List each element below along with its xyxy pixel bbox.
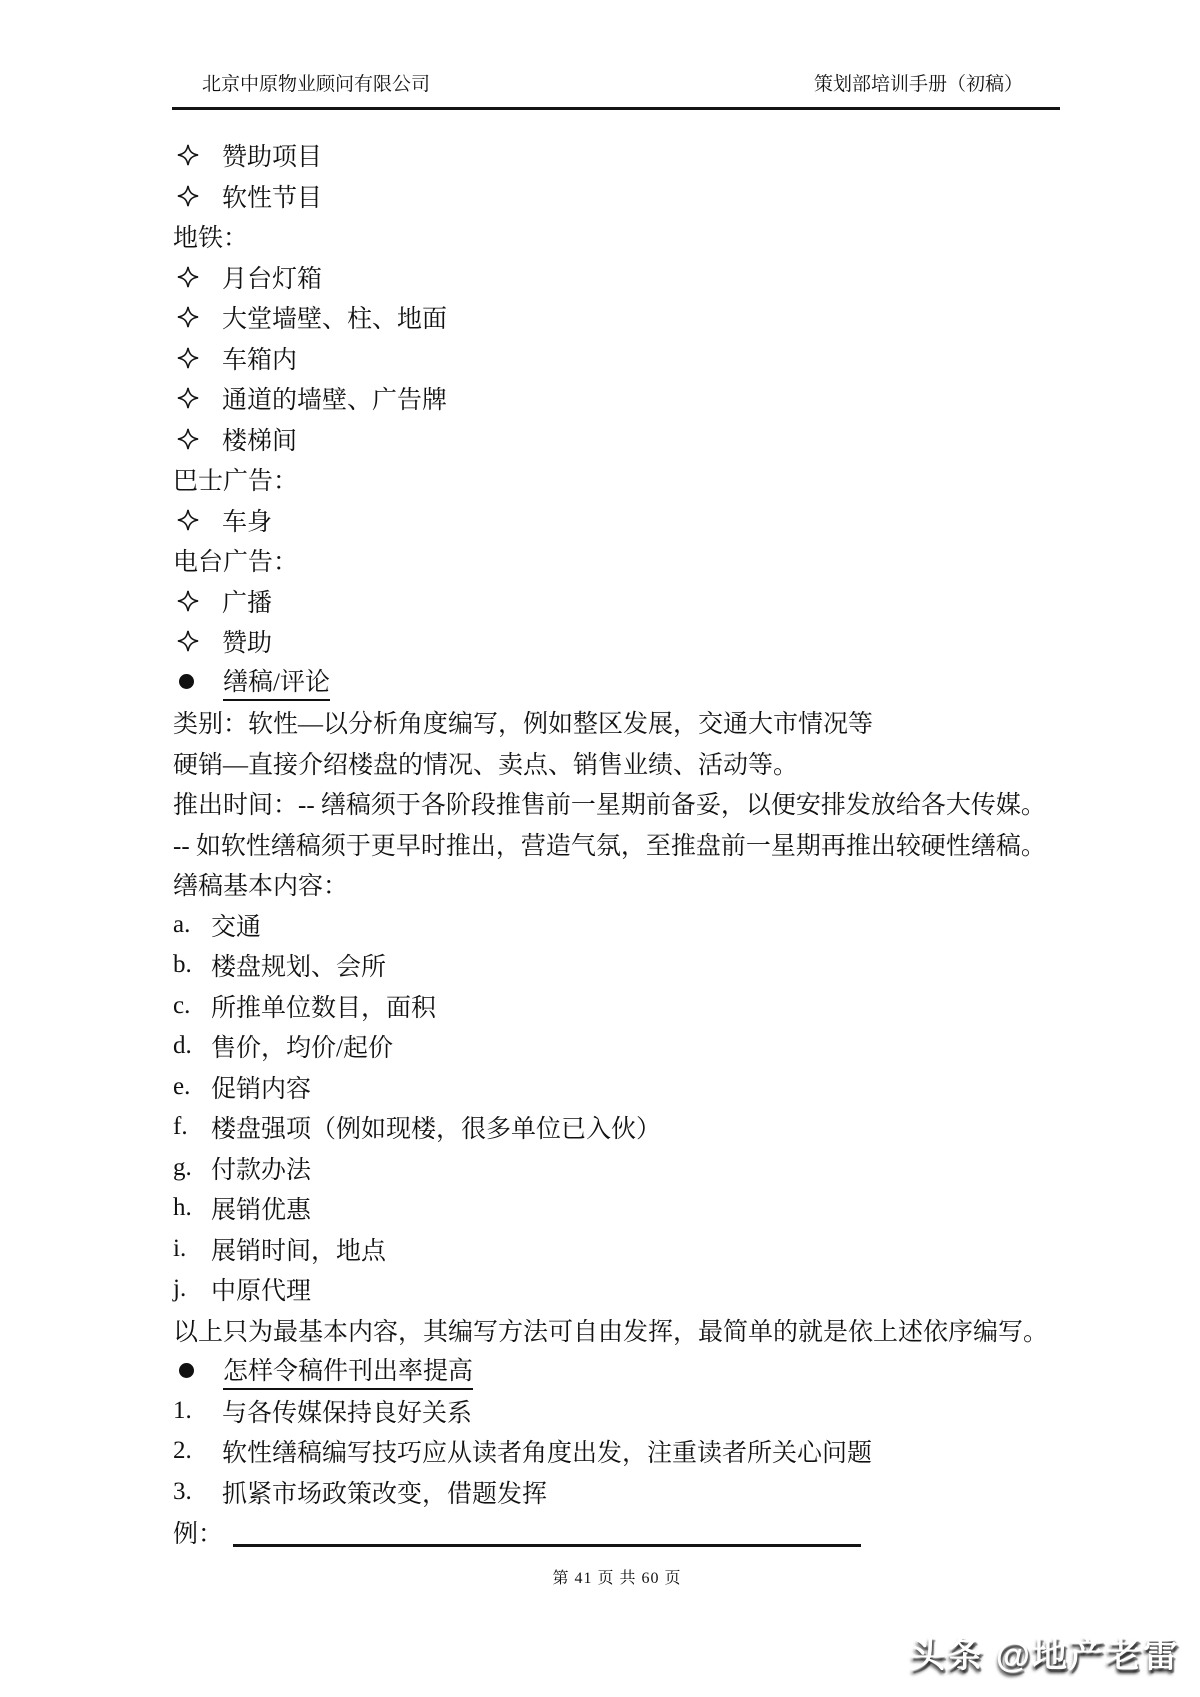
diamond-bullet-icon bbox=[173, 144, 222, 166]
bullet-item: 广播 bbox=[173, 581, 1073, 622]
diamond-bullet-icon bbox=[173, 590, 222, 612]
lettered-item: e. 促销内容 bbox=[173, 1067, 1073, 1108]
section-heading: 缮稿/评论 bbox=[173, 662, 1073, 703]
bullet-item-label: 车身 bbox=[222, 502, 272, 538]
bullet-item-label: 车箱内 bbox=[222, 340, 297, 376]
bullet-item-label: 赞助项目 bbox=[222, 137, 322, 173]
lettered-item-label: 售价，均价/起价 bbox=[211, 1028, 393, 1064]
lettered-item-label: 展销优惠 bbox=[211, 1190, 311, 1226]
lettered-item-label: 促销内容 bbox=[211, 1069, 311, 1105]
numbered-item: 2. 软性缮稿编写技巧应从读者角度出发，注重读者所关心问题 bbox=[173, 1431, 1073, 1472]
item-marker: g. bbox=[173, 1154, 211, 1182]
diamond-bullet-icon bbox=[173, 630, 222, 652]
lettered-item-label: 中原代理 bbox=[211, 1271, 311, 1307]
category-label-text: 电台广告： bbox=[173, 542, 298, 578]
section-heading-text: 缮稿/评论 bbox=[223, 662, 330, 701]
diamond-bullet-icon bbox=[173, 509, 222, 531]
numbered-item-label: 软性缮稿编写技巧应从读者角度出发，注重读者所关心问题 bbox=[222, 1433, 872, 1469]
diamond-bullet-icon bbox=[173, 306, 222, 328]
item-marker: j. bbox=[173, 1275, 211, 1303]
section-heading: 怎样令稿件刊出率提高 bbox=[173, 1350, 1073, 1391]
lettered-item-label: 交通 bbox=[211, 907, 261, 943]
item-marker: 3. bbox=[173, 1478, 222, 1506]
bullet-item-label: 楼梯间 bbox=[222, 421, 297, 457]
lettered-item-label: 展销时间，地点 bbox=[211, 1231, 386, 1267]
diamond-bullet-icon bbox=[173, 428, 222, 450]
item-marker: 1. bbox=[173, 1397, 222, 1425]
paragraph-text: -- 如软性缮稿须于更早时推出，营造气氛，至推盘前一星期再推出较硬性缮稿。 bbox=[173, 826, 1046, 862]
bullet-item: 车箱内 bbox=[173, 338, 1073, 379]
bullet-item: 软性节目 bbox=[173, 176, 1073, 217]
item-marker: f. bbox=[173, 1113, 211, 1141]
diamond-bullet-icon bbox=[173, 347, 222, 369]
numbered-item: 1. 与各传媒保持良好关系 bbox=[173, 1391, 1073, 1432]
category-label: 电台广告： bbox=[173, 540, 1073, 581]
paragraph-text: 推出时间：-- 缮稿须于各阶段推售前一星期前备妥，以便安排发放给各大传媒。 bbox=[173, 785, 1046, 821]
lettered-item-label: 付款办法 bbox=[211, 1150, 311, 1186]
bullet-item-label: 大堂墙壁、柱、地面 bbox=[222, 299, 447, 335]
lettered-item: a. 交通 bbox=[173, 905, 1073, 946]
section-heading-text: 怎样令稿件刊出率提高 bbox=[223, 1351, 473, 1390]
paragraph: -- 如软性缮稿须于更早时推出，营造气氛，至推盘前一星期再推出较硬性缮稿。 bbox=[173, 824, 1073, 865]
bullet-item-label: 软性节目 bbox=[222, 178, 322, 214]
lettered-item-label: 所推单位数目，面积 bbox=[211, 988, 436, 1024]
paragraph-text: 以上只为最基本内容，其编写方法可自由发挥，最简单的就是依上述依序编写。 bbox=[173, 1312, 1048, 1348]
lettered-item: j. 中原代理 bbox=[173, 1269, 1073, 1310]
diamond-bullet-icon bbox=[173, 266, 222, 288]
page-footer: 第 41 页 共 60 页 bbox=[173, 1565, 1061, 1588]
item-marker: h. bbox=[173, 1194, 211, 1222]
lettered-item: c. 所推单位数目，面积 bbox=[173, 986, 1073, 1027]
paragraph-text: 缮稿基本内容： bbox=[173, 866, 348, 902]
document-body: 赞助项目 软性节目 地铁： 月台灯箱 大堂墙壁、柱、地面 车箱内 通道的墙壁、广… bbox=[173, 135, 1073, 1553]
paragraph: 以上只为最基本内容，其编写方法可自由发挥，最简单的就是依上述依序编写。 bbox=[173, 1310, 1073, 1351]
item-marker: e. bbox=[173, 1073, 211, 1101]
item-marker: d. bbox=[173, 1032, 211, 1060]
bullet-item: 通道的墙壁、广告牌 bbox=[173, 378, 1073, 419]
bullet-dot-icon bbox=[173, 674, 223, 689]
lettered-item: f. 楼盘强项（例如现楼，很多单位已入伙） bbox=[173, 1107, 1073, 1148]
company-name: 北京中原物业顾问有限公司 bbox=[202, 72, 430, 98]
bullet-item: 楼梯间 bbox=[173, 419, 1073, 460]
diamond-bullet-icon bbox=[173, 387, 222, 409]
lettered-item: i. 展销时间，地点 bbox=[173, 1229, 1073, 1270]
bullet-dot-icon bbox=[173, 1363, 223, 1378]
lettered-item: h. 展销优惠 bbox=[173, 1188, 1073, 1229]
bullet-item: 赞助项目 bbox=[173, 135, 1073, 176]
bullet-item: 大堂墙壁、柱、地面 bbox=[173, 297, 1073, 338]
example-line: 例： bbox=[173, 1512, 1073, 1553]
example-blank-underline bbox=[233, 1544, 861, 1547]
item-marker: c. bbox=[173, 992, 211, 1020]
bullet-item: 赞助 bbox=[173, 621, 1073, 662]
item-marker: b. bbox=[173, 951, 211, 979]
lettered-item-label: 楼盘规划、会所 bbox=[211, 947, 386, 983]
category-label-text: 巴士广告： bbox=[173, 461, 298, 497]
bullet-item-label: 通道的墙壁、广告牌 bbox=[222, 380, 447, 416]
lettered-item: b. 楼盘规划、会所 bbox=[173, 945, 1073, 986]
bullet-item-label: 广播 bbox=[222, 583, 272, 619]
item-marker: i. bbox=[173, 1235, 211, 1263]
paragraph: 硬销—直接介绍楼盘的情况、卖点、销售业绩、活动等。 bbox=[173, 743, 1073, 784]
item-marker: 2. bbox=[173, 1437, 222, 1465]
category-label-text: 地铁： bbox=[173, 218, 248, 254]
diamond-bullet-icon bbox=[173, 185, 222, 207]
document-page: 北京中原物业顾问有限公司 策划部培训手册（初稿） 赞助项目 软性节目 地铁： 月… bbox=[0, 0, 1200, 1697]
paragraph-text: 硬销—直接介绍楼盘的情况、卖点、销售业绩、活动等。 bbox=[173, 745, 798, 781]
bullet-item-label: 赞助 bbox=[222, 623, 272, 659]
page-header: 北京中原物业顾问有限公司 策划部培训手册（初稿） bbox=[172, 72, 1060, 110]
page-number: 第 41 页 共 60 页 bbox=[552, 1570, 681, 1587]
item-marker: a. bbox=[173, 911, 211, 939]
lettered-item-label: 楼盘强项（例如现楼，很多单位已入伙） bbox=[211, 1109, 661, 1145]
bullet-item: 车身 bbox=[173, 500, 1073, 541]
paragraph-text: 类别：软性—以分析角度编写，例如整区发展，交通大市情况等 bbox=[173, 704, 873, 740]
lettered-item: d. 售价，均价/起价 bbox=[173, 1026, 1073, 1067]
bullet-item-label: 月台灯箱 bbox=[222, 259, 322, 295]
numbered-item-label: 抓紧市场政策改变，借题发挥 bbox=[222, 1474, 547, 1510]
category-label: 地铁： bbox=[173, 216, 1073, 257]
category-label: 巴士广告： bbox=[173, 459, 1073, 500]
numbered-item-label: 与各传媒保持良好关系 bbox=[222, 1393, 472, 1429]
example-label: 例： bbox=[173, 1514, 223, 1550]
lettered-item: g. 付款办法 bbox=[173, 1148, 1073, 1189]
paragraph: 缮稿基本内容： bbox=[173, 864, 1073, 905]
document-title: 策划部培训手册（初稿） bbox=[814, 72, 1023, 98]
numbered-item: 3. 抓紧市场政策改变，借题发挥 bbox=[173, 1472, 1073, 1513]
paragraph: 推出时间：-- 缮稿须于各阶段推售前一星期前备妥，以便安排发放给各大传媒。 bbox=[173, 783, 1073, 824]
bullet-item: 月台灯箱 bbox=[173, 257, 1073, 298]
paragraph: 类别：软性—以分析角度编写，例如整区发展，交通大市情况等 bbox=[173, 702, 1073, 743]
watermark: 头条 @地产老雷 bbox=[910, 1628, 1180, 1678]
